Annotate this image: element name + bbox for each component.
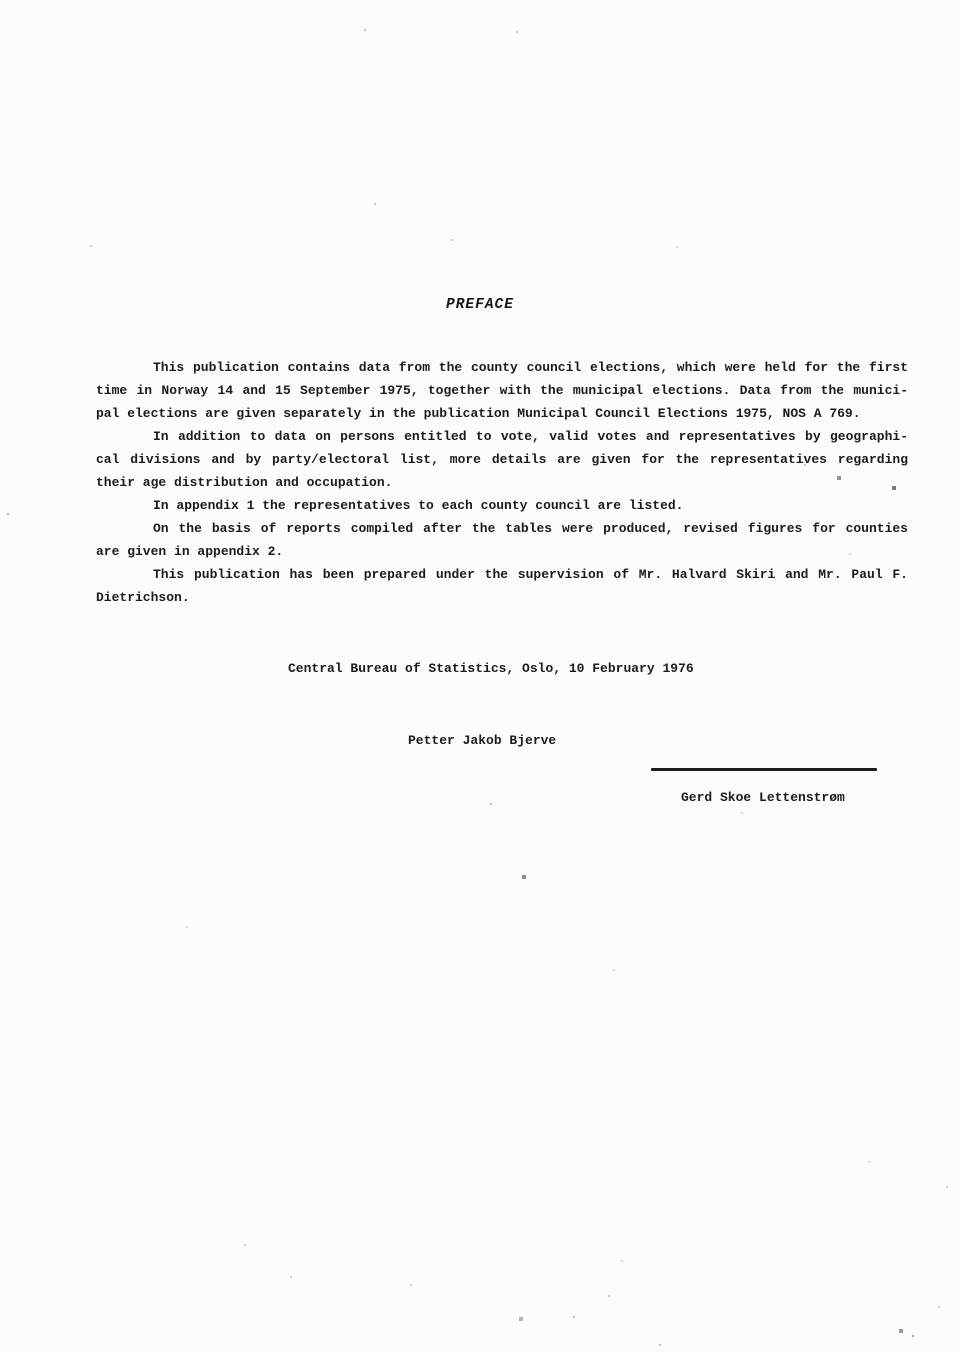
paragraph-line: In addition to data on persons entitled … <box>96 425 908 448</box>
dateline: Central Bureau of Statistics, Oslo, 10 F… <box>288 657 694 680</box>
document-page: PREFACE This publication contains data f… <box>0 0 960 1352</box>
paragraph-line: their age distribution and occupation. <box>96 471 908 494</box>
scan-noise <box>0 0 2 2</box>
signature-name-lettenstrom: Gerd Skoe Lettenstrøm <box>681 786 845 809</box>
paragraph-line: This publication has been prepared under… <box>96 563 908 586</box>
page-title: PREFACE <box>0 294 960 317</box>
paragraph-line: This publication contains data from the … <box>96 356 908 379</box>
signature-name-bjerve: Petter Jakob Bjerve <box>408 729 556 752</box>
paragraph-line: time in Norway 14 and 15 September 1975,… <box>96 379 908 402</box>
paragraph-line: are given in appendix 2. <box>96 540 908 563</box>
paragraph-line: On the basis of reports compiled after t… <box>96 517 908 540</box>
signature-line <box>651 768 877 771</box>
paragraph-line: Dietrichson. <box>96 586 908 609</box>
paragraph-line: pal elections are given separately in th… <box>96 402 908 425</box>
paragraph-line: In appendix 1 the representatives to eac… <box>96 494 908 517</box>
paragraph-line: cal divisions and by party/electoral lis… <box>96 448 908 471</box>
preface-body: This publication contains data from the … <box>96 356 908 609</box>
